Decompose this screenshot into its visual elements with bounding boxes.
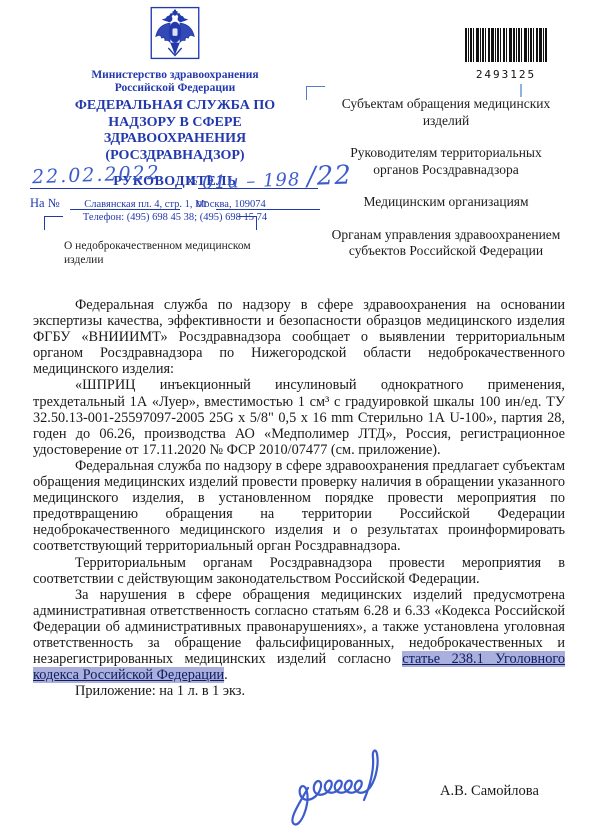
barcode: 2493125 [464, 28, 548, 81]
paragraph-intro: Федеральная служба по надзору в сфере зд… [33, 297, 565, 377]
attachment-note: Приложение: на 1 л. в 1 экз. [33, 683, 565, 699]
barcode-number: 2493125 [464, 68, 548, 81]
reply-from-label: от [196, 196, 208, 211]
addressee-list: Субъектам обращения медицинских изделий … [330, 96, 562, 276]
letter-body: Федеральная служба по надзору в сфере зд… [33, 297, 565, 699]
signer-name: А.В. Самойлова [440, 783, 570, 800]
number-sign: № [186, 174, 197, 189]
sender-phone: Телефон: (495) 698 45 38; (495) 698 15 7… [30, 211, 320, 224]
paragraph-territorial-organs: Территориальным органам Росздравнадзора … [33, 555, 565, 587]
addressee-item: Субъектам обращения медицинских изделий [330, 96, 562, 129]
paragraph-device-description: «ШПРИЦ инъекционный инсулиновый однократ… [33, 377, 565, 457]
subject-corner-left [44, 216, 63, 230]
barcode-stripes [465, 28, 547, 62]
coat-of-arms-icon [150, 6, 200, 65]
date-number-line: № 22.02.2022 01и – 198 /22 [30, 168, 320, 194]
paragraph-instructions: Федеральная служба по надзору в сфере зд… [33, 458, 565, 555]
handwritten-date: 22.02.2022 [32, 162, 161, 188]
addressee-item: Органам управления здравоохранением субъ… [330, 227, 562, 260]
reply-from-blank [216, 209, 320, 210]
service-name: ФЕДЕРАЛЬНАЯ СЛУЖБА ПО НАДЗОРУ В СФЕРЕ ЗД… [40, 98, 310, 164]
paragraph-liability: За нарушения в сфере обращения медицинск… [33, 587, 565, 684]
addressee-corner-mark [306, 86, 325, 100]
official-letter-page: Министерство здравоохранения Российской … [0, 0, 591, 840]
liability-period: . [224, 667, 228, 683]
addressee-item: Руководителям территориальных органов Ро… [330, 145, 562, 178]
subject-corner-right [238, 216, 257, 230]
letter-subject: О недоброкачественном медицинском издели… [64, 239, 254, 267]
reply-number-blank [70, 209, 180, 210]
handwritten-signature [280, 742, 440, 840]
reply-number-label: На № [30, 196, 60, 211]
date-blank-line [30, 188, 182, 189]
reply-reference-line: На № от [30, 196, 320, 212]
addressee-item: Медицинским организациям [330, 194, 562, 211]
ministry-name: Министерство здравоохранения Российской … [60, 69, 290, 95]
